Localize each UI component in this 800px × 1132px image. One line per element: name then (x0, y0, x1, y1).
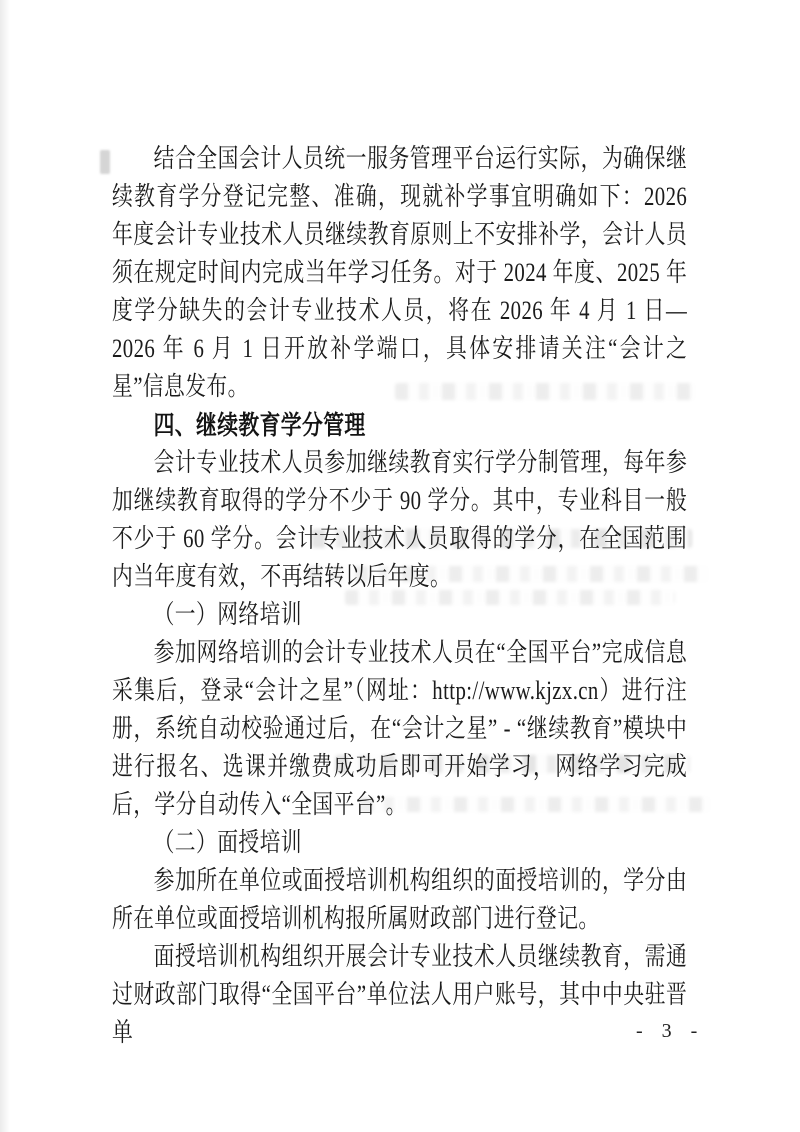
credit-management-paragraph: 会计专业技术人员参加继续教育实行学分制管理，每年参加继续教育取得的学分不少于 9… (112, 444, 687, 596)
intro-paragraph: 结合全国会计人员统一服务管理平台运行实际，为确保继续教育学分登记完整、准确，现就… (112, 140, 687, 406)
scanned-document-page: 结合全国会计人员统一服务管理平台运行实际，为确保继续教育学分登记完整、准确，现就… (0, 0, 800, 1132)
page-number: - 3 - (636, 1020, 704, 1043)
subheading-online-training: （一）网络培训 (112, 596, 687, 634)
scan-left-edge-shadow (0, 0, 10, 1132)
section-heading-credit-management: 四、继续教育学分管理 (112, 406, 687, 444)
inperson-account-paragraph: 面授培训机构组织开展会计专业技术人员继续教育，需通过财政部门取得“全国平台”单位… (112, 938, 687, 1052)
subheading-inperson-training: （二）面授培训 (112, 824, 687, 862)
inperson-registration-paragraph: 参加所在单位或面授培训机构组织的面授培训的，学分由所在单位或面授培训机构报所属财… (112, 862, 687, 938)
scan-artifact (100, 150, 110, 174)
online-training-paragraph: 参加网络培训的会计专业技术人员在“全国平台”完成信息采集后，登录“会计之星”（网… (112, 634, 687, 824)
document-body: 结合全国会计人员统一服务管理平台运行实际，为确保继续教育学分登记完整、准确，现就… (112, 140, 687, 1052)
